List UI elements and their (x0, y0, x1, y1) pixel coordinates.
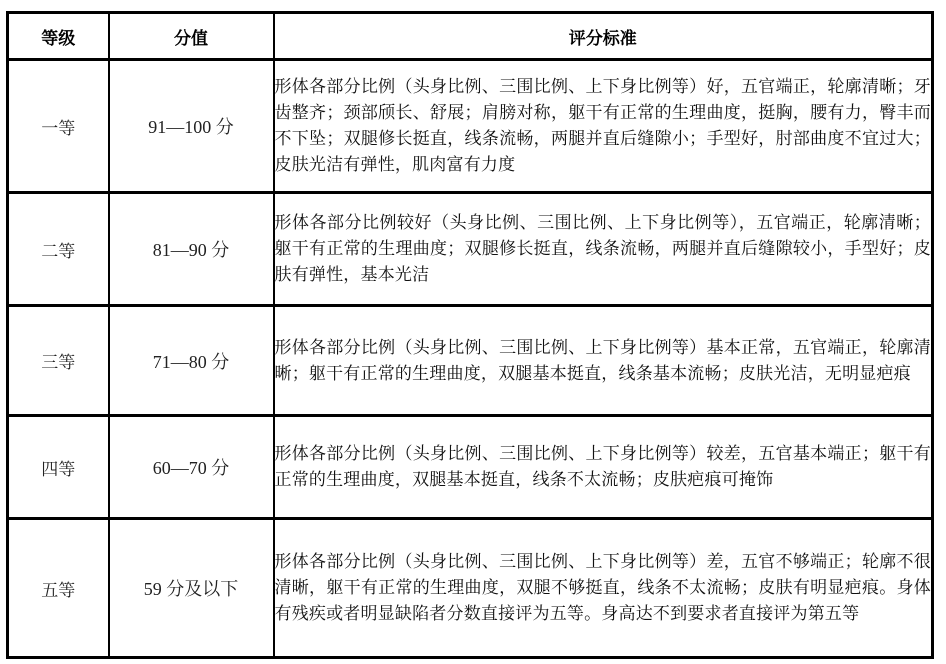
score-cell: 60—70 分 (109, 416, 274, 519)
criteria-cell: 形体各部分比例（头身比例、三围比例、上下身比例等）好，五官端正，轮廓清晰；牙齿整… (274, 60, 933, 193)
table-row: 二等 81—90 分 形体各部分比例较好（头身比例、三围比例、上下身比例等），五… (8, 193, 933, 306)
criteria-cell: 形体各部分比例（头身比例、三围比例、上下身比例等）基本正常，五官端正，轮廓清晰；… (274, 306, 933, 416)
table-row: 一等 91—100 分 形体各部分比例（头身比例、三围比例、上下身比例等）好，五… (8, 60, 933, 193)
score-cell: 81—90 分 (109, 193, 274, 306)
score-cell: 59 分及以下 (109, 519, 274, 658)
criteria-cell: 形体各部分比例（头身比例、三围比例、上下身比例等）差，五官不够端正；轮廓不很清晰… (274, 519, 933, 658)
grading-standards-table: 等级 分值 评分标准 一等 91—100 分 形体各部分比例（头身比例、三围比例… (6, 11, 934, 659)
header-score: 分值 (109, 13, 274, 60)
score-cell: 71—80 分 (109, 306, 274, 416)
table-row: 四等 60—70 分 形体各部分比例（头身比例、三围比例、上下身比例等）较差，五… (8, 416, 933, 519)
header-grade: 等级 (8, 13, 109, 60)
grade-cell: 二等 (8, 193, 109, 306)
table-header-row: 等级 分值 评分标准 (8, 13, 933, 60)
header-criteria: 评分标准 (274, 13, 933, 60)
grade-cell: 四等 (8, 416, 109, 519)
grade-cell: 五等 (8, 519, 109, 658)
table-row: 三等 71—80 分 形体各部分比例（头身比例、三围比例、上下身比例等）基本正常… (8, 306, 933, 416)
score-cell: 91—100 分 (109, 60, 274, 193)
grade-cell: 一等 (8, 60, 109, 193)
criteria-cell: 形体各部分比例较好（头身比例、三围比例、上下身比例等），五官端正，轮廓清晰；躯干… (274, 193, 933, 306)
grade-cell: 三等 (8, 306, 109, 416)
criteria-cell: 形体各部分比例（头身比例、三围比例、上下身比例等）较差，五官基本端正；躯干有正常… (274, 416, 933, 519)
table-row: 五等 59 分及以下 形体各部分比例（头身比例、三围比例、上下身比例等）差，五官… (8, 519, 933, 658)
